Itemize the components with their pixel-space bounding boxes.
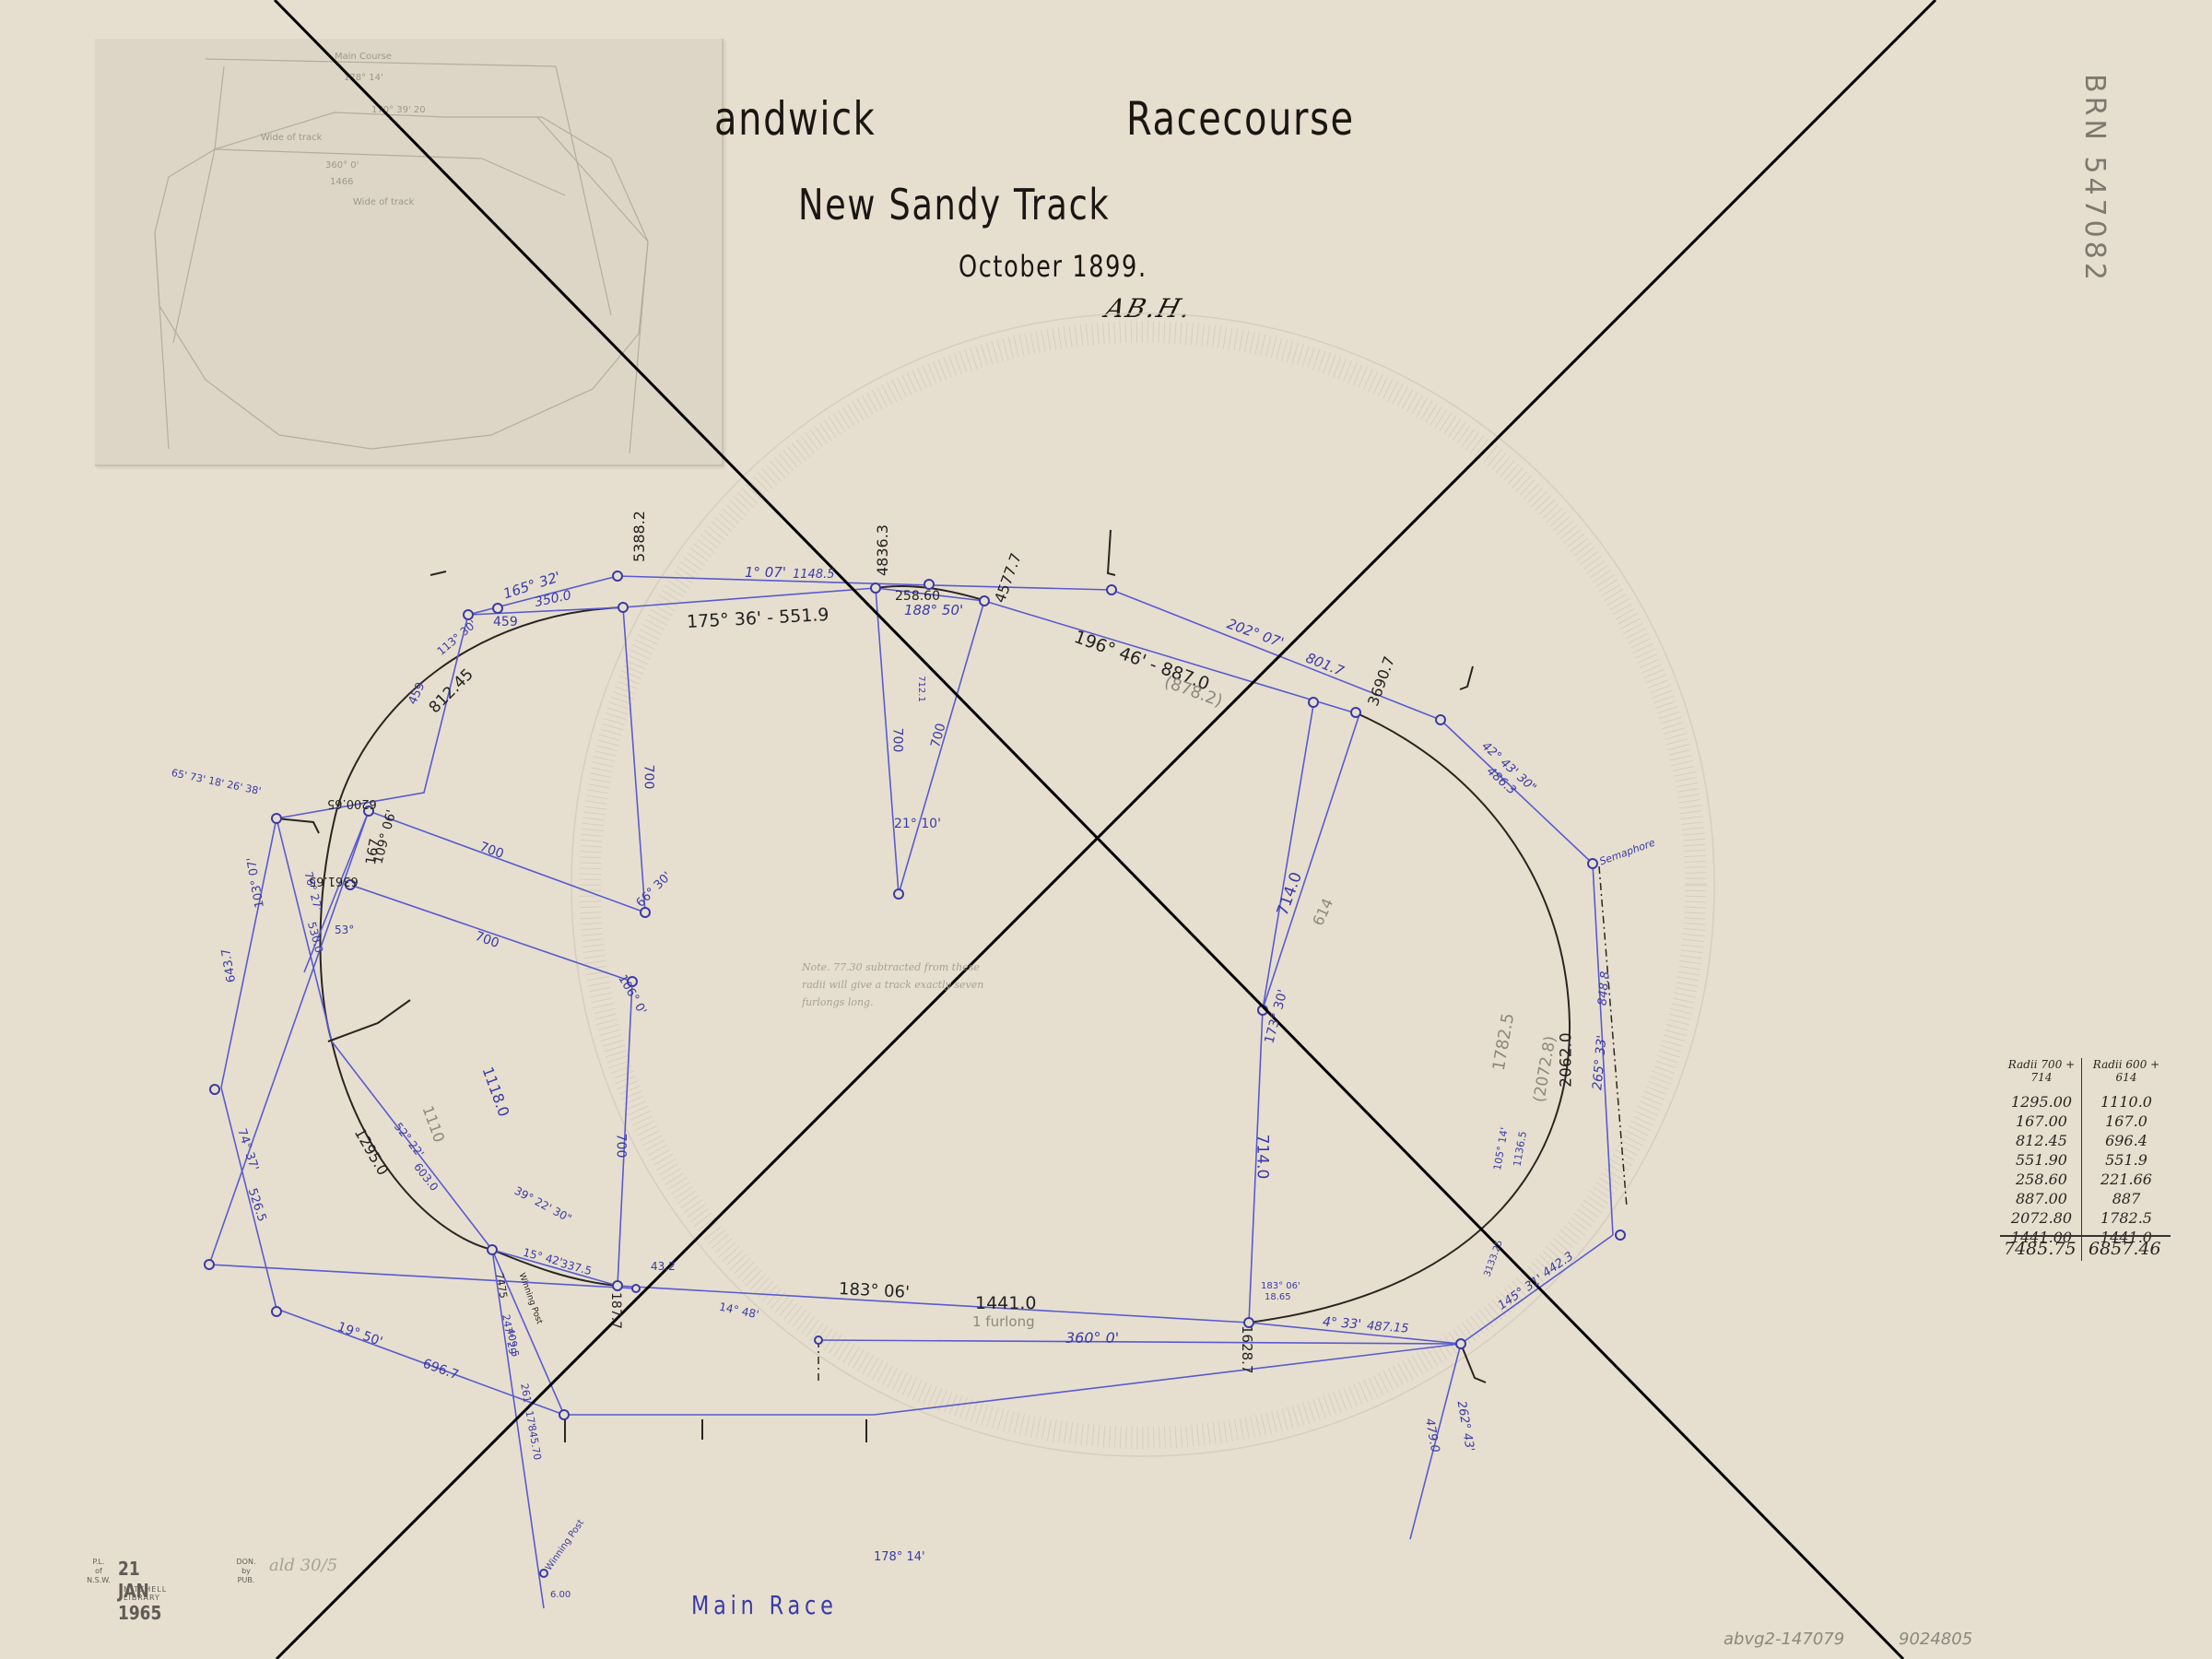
label-bearing-178: 178° 14': [874, 1550, 925, 1564]
radii-col-1-value: 1295.00: [2000, 1093, 2083, 1112]
label-dist-43: 43.2: [651, 1260, 676, 1273]
label-arc-2062: 2062.0: [1558, 1032, 1576, 1087]
radii-col-1-value: 551.90: [2000, 1151, 2083, 1171]
label-bearing-4: 4° 33': [1322, 1315, 1361, 1333]
radii-col-1: Radii 700 + 714 1295.00 167.00 812.45 55…: [2000, 1058, 2083, 1248]
main-race-label: Main Race: [691, 1590, 838, 1620]
radii-col-2-total: 6857.46: [2088, 1239, 2161, 1259]
radii-col-1-value: 887.00: [2000, 1190, 2083, 1209]
radii-col-2-value: 1110.0: [2085, 1093, 2168, 1112]
label-bearing-183: 183° 06': [839, 1279, 911, 1302]
survey-drawing: [0, 0, 2212, 1659]
label-dist-600: 6.00: [550, 1590, 571, 1600]
footer-ref-left: abvg2-147079: [1724, 1630, 1844, 1649]
label-bearing-53: 53°: [335, 924, 354, 936]
pencil-note: Note. 77.30 subtracted from these radii …: [802, 959, 1005, 1011]
stamp-library: MITCHELL LIBRARY: [124, 1585, 167, 1602]
stamp-by: by: [232, 1567, 260, 1576]
stamp-pl: P.L.: [85, 1558, 112, 1567]
survey-stations: [205, 571, 1625, 1577]
label-bearing-107: 1° 07': [745, 564, 786, 581]
label-dist-459a: 459: [493, 615, 518, 629]
track-outline: [321, 332, 1571, 1323]
footer-ref-right: 9024805: [1899, 1630, 1972, 1649]
label-dist-487: 487.15: [1367, 1319, 1409, 1335]
label-chainage-6200: 6200.65: [327, 796, 377, 810]
radii-col-2: Radii 600 + 614 1110.0 167.0 696.4 551.9…: [2085, 1058, 2168, 1248]
label-bearing-360: 360° 0': [1065, 1329, 1119, 1347]
stamp-pub: PUB.: [232, 1576, 260, 1585]
label-bearing-21: 21° 10': [894, 817, 941, 831]
label-dist-1441: 1441.0: [975, 1293, 1036, 1313]
radii-col-2-header: Radii 600 + 614: [2085, 1058, 2168, 1093]
radii-col-1-total: 7485.75: [2004, 1239, 2077, 1259]
label-dist-1148: 1148.5: [793, 568, 835, 582]
radii-col-2-value: 167.0: [2085, 1112, 2168, 1132]
radii-col-1-header: Radii 700 + 714: [2000, 1058, 2083, 1093]
label-dist-712: 712.1: [916, 676, 926, 702]
map-sheet: Main Course 178° 14' 360° 0' 1466 170° 3…: [0, 0, 2212, 1659]
label-dist-700e: 700: [889, 728, 904, 753]
stamp-pencil-note: ald 30/5: [269, 1556, 337, 1575]
label-dist-18: 18.65: [1265, 1292, 1291, 1302]
stamp-nsw: N.S.W.: [85, 1576, 112, 1585]
radii-col-2-value: 696.4: [2085, 1132, 2168, 1151]
radii-col-1-value: 167.00: [2000, 1112, 2083, 1132]
label-dist-714b: 714.0: [1253, 1135, 1271, 1180]
radii-divider-vertical: [2081, 1058, 2082, 1261]
label-chainage-5388: 5388.2: [630, 511, 648, 562]
traverse-lines: [209, 576, 1613, 1608]
label-bearing-188: 188° 50': [904, 602, 963, 618]
label-dist-700d: 700: [613, 1134, 628, 1159]
label-chainage-1628: 1628.7: [1239, 1325, 1255, 1374]
radii-col-2-value: 551.9: [2085, 1151, 2168, 1171]
label-dist-700a: 700: [641, 765, 655, 790]
radii-col-2-value: 221.66: [2085, 1171, 2168, 1190]
radii-col-2-value: 887: [2085, 1190, 2168, 1209]
radii-col-1-value: 258.60: [2000, 1171, 2083, 1190]
stamp-of: of: [85, 1567, 112, 1576]
label-bearing-183-small: 183° 06': [1261, 1281, 1300, 1291]
radii-divider-horizontal: [2000, 1235, 2171, 1237]
label-furlong: 1 furlong: [972, 1313, 1035, 1330]
radii-col-2-value: 1782.5: [2085, 1209, 2168, 1229]
stamp-don: DON.: [232, 1558, 260, 1567]
label-chainage-4836: 4836.3: [874, 524, 891, 576]
label-chainage-187: 187.7: [608, 1292, 623, 1329]
radii-col-1-value: 812.45: [2000, 1132, 2083, 1151]
radii-col-1-value: 2072.80: [2000, 1209, 2083, 1229]
